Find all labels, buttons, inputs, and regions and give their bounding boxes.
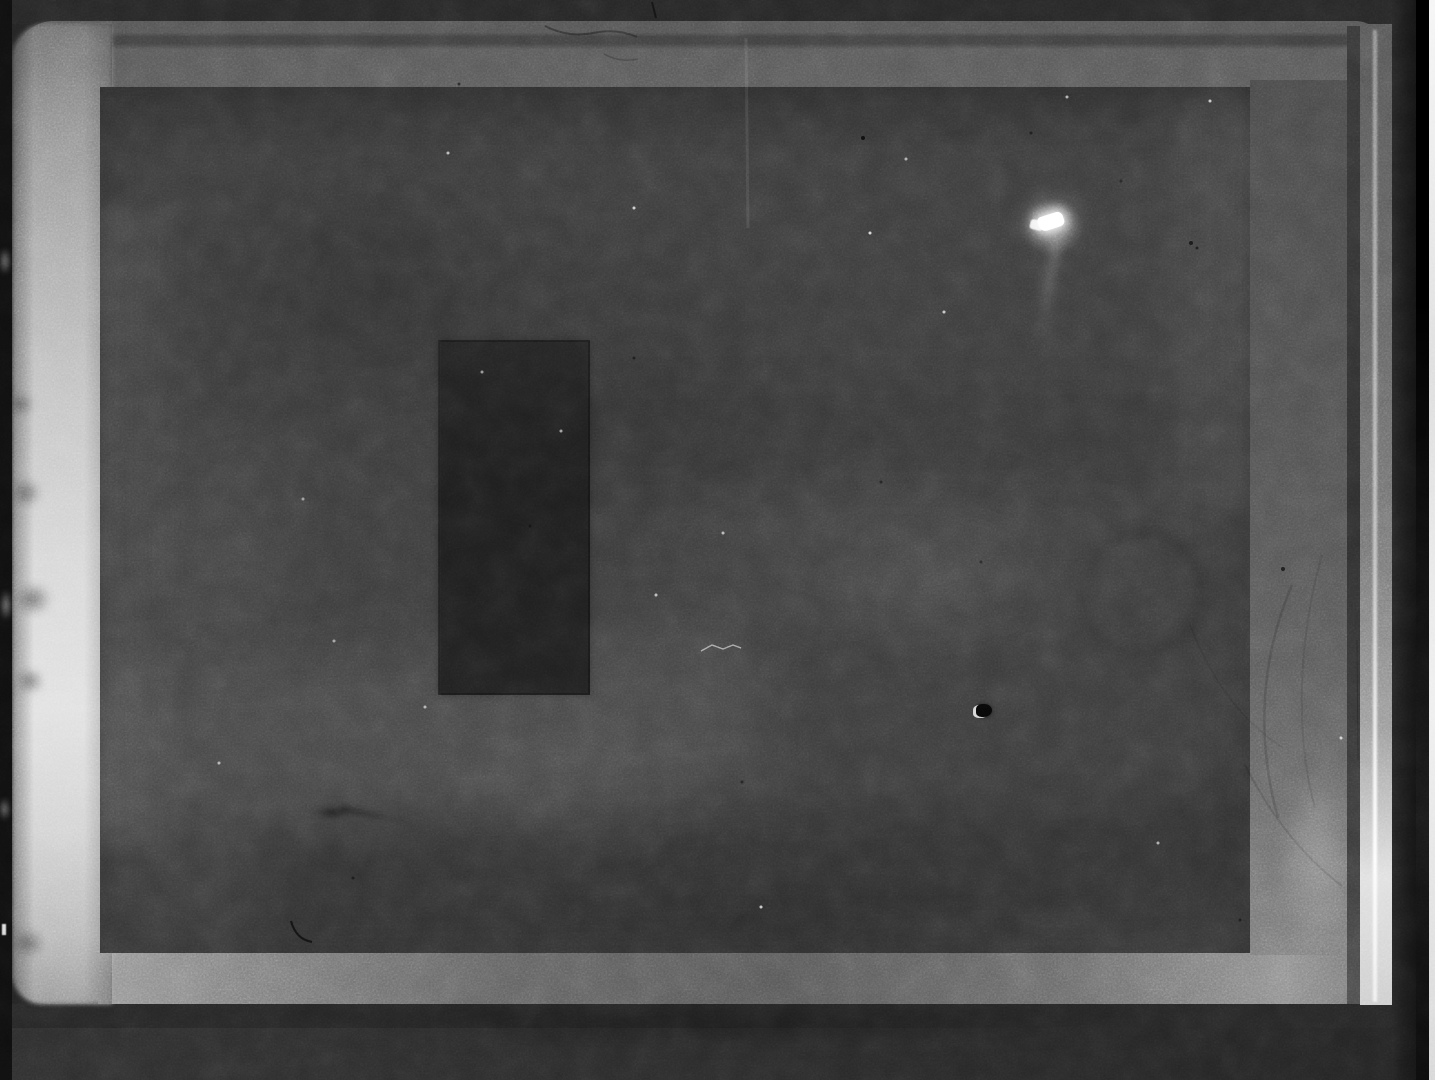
doorway-rectangle <box>438 340 590 695</box>
right-outer-dark-band <box>1392 0 1417 1080</box>
edge-smudge <box>10 928 46 958</box>
left-edge-smudge <box>0 798 9 820</box>
dark-dust-specks <box>0 0 2 2</box>
left-edge-smudge <box>1 590 11 620</box>
plate-left-edge-shading <box>12 24 112 1004</box>
pinhole-defect <box>976 704 992 717</box>
plate-bottom-border <box>98 953 1350 1004</box>
edge-smudge <box>8 478 42 508</box>
left-edge-smudge <box>0 248 10 274</box>
film-edge-white-strip <box>1429 0 1435 1080</box>
exposure-area <box>100 87 1250 953</box>
top-notch-mark <box>652 2 656 18</box>
bright-streak-core <box>1373 30 1377 1002</box>
ring-smudge <box>1055 505 1230 680</box>
photograph <box>0 0 1435 1080</box>
left-edge-black-strip <box>0 0 12 1080</box>
film-edge-black-strip <box>1416 0 1430 1080</box>
light-patch <box>800 517 1060 657</box>
plate-bottom-shadow <box>270 1000 1150 1044</box>
edge-smudge <box>12 582 52 616</box>
left-edge-white-mark <box>2 924 6 935</box>
plate-top-border <box>14 21 1385 96</box>
exposure-top-shade <box>100 87 1250 157</box>
light-slant <box>1140 87 1250 507</box>
edge-smudge <box>14 668 44 694</box>
plate-right-border-glow <box>1278 760 1358 960</box>
subtle-dark-band <box>480 387 1250 477</box>
